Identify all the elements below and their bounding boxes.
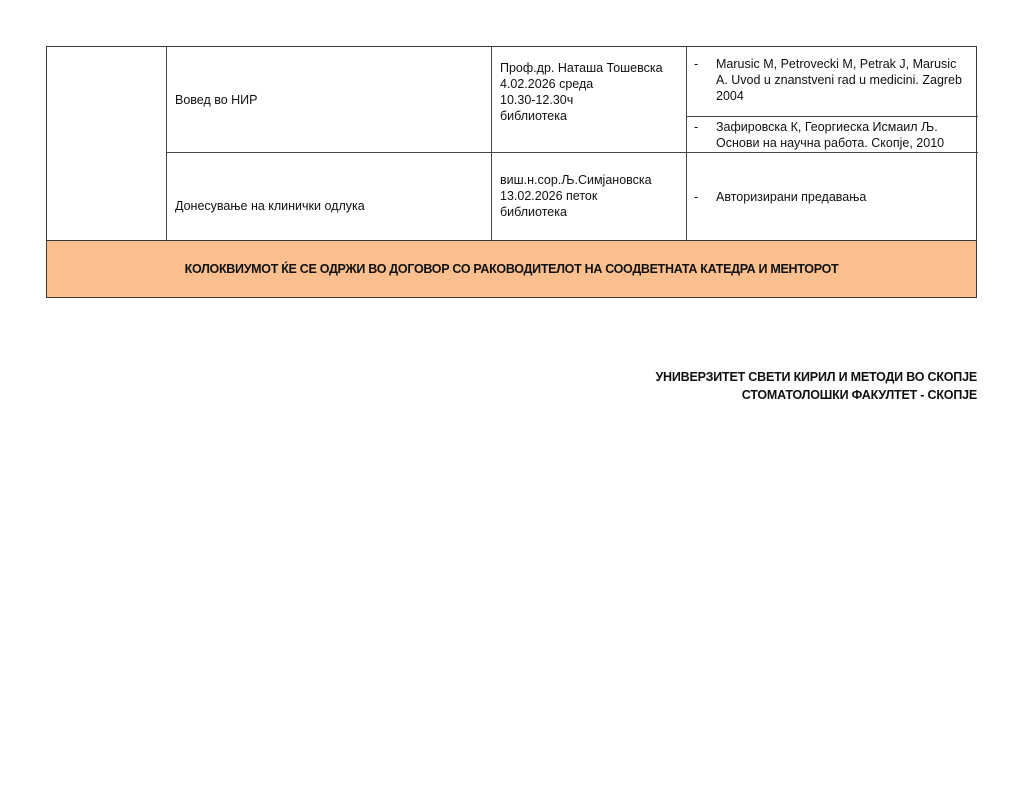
institution-footer: УНИВЕРЗИТЕТ СВЕТИ КИРИЛ И МЕТОДИ ВО СКОП… [655,368,977,404]
university-name: УНИВЕРЗИТЕТ СВЕТИ КИРИЛ И МЕТОДИ ВО СКОП… [655,368,977,386]
lecturer-name: Проф.др. Наташа Тошевска [500,60,663,76]
reference-item: - Авторизирани предавања [694,189,970,207]
reference-divider [686,116,978,117]
lecture-location: библиотека [500,108,663,124]
lecture-location: библиотека [500,204,652,220]
bullet-dash: - [694,119,698,135]
bullet-dash: - [694,189,698,205]
lecturer-name: виш.н.сор.Љ.Симјановска [500,172,652,188]
lecture-time: 10.30-12.30ч [500,92,663,108]
topic-cell: Донесување на клинички одлука [175,198,365,214]
column-divider [166,47,167,240]
lecturer-cell: Проф.др. Наташа Тошевска 4.02.2026 среда… [500,60,663,124]
lecture-date: 4.02.2026 среда [500,76,663,92]
reference-text: Авторизирани предавања [716,189,970,205]
reference-text: Зафировска К, Георгиеска Исмаил Љ. Основ… [716,119,970,151]
reference-item: - Marusic M, Petrovecki M, Petrak J, Mar… [694,56,970,112]
column-divider [686,47,687,240]
colloquium-note: КОЛОКВИУМОТ ЌЕ СЕ ОДРЖИ ВО ДОГОВОР СО РА… [47,240,976,297]
column-divider [491,47,492,240]
reference-item: - Зафировска К, Георгиеска Исмаил Љ. Осн… [694,119,970,153]
reference-text: Marusic M, Petrovecki M, Petrak J, Marus… [716,56,970,104]
faculty-name: СТОМАТОЛОШКИ ФАКУЛТЕТ - СКОПЈЕ [655,386,977,404]
topic-cell: Вовед во НИР [175,92,258,108]
schedule-table: Вовед во НИР Проф.др. Наташа Тошевска 4.… [46,46,977,298]
lecture-date: 13.02.2026 петок [500,188,652,204]
lecturer-cell: виш.н.сор.Љ.Симјановска 13.02.2026 петок… [500,172,652,220]
bullet-dash: - [694,56,698,72]
